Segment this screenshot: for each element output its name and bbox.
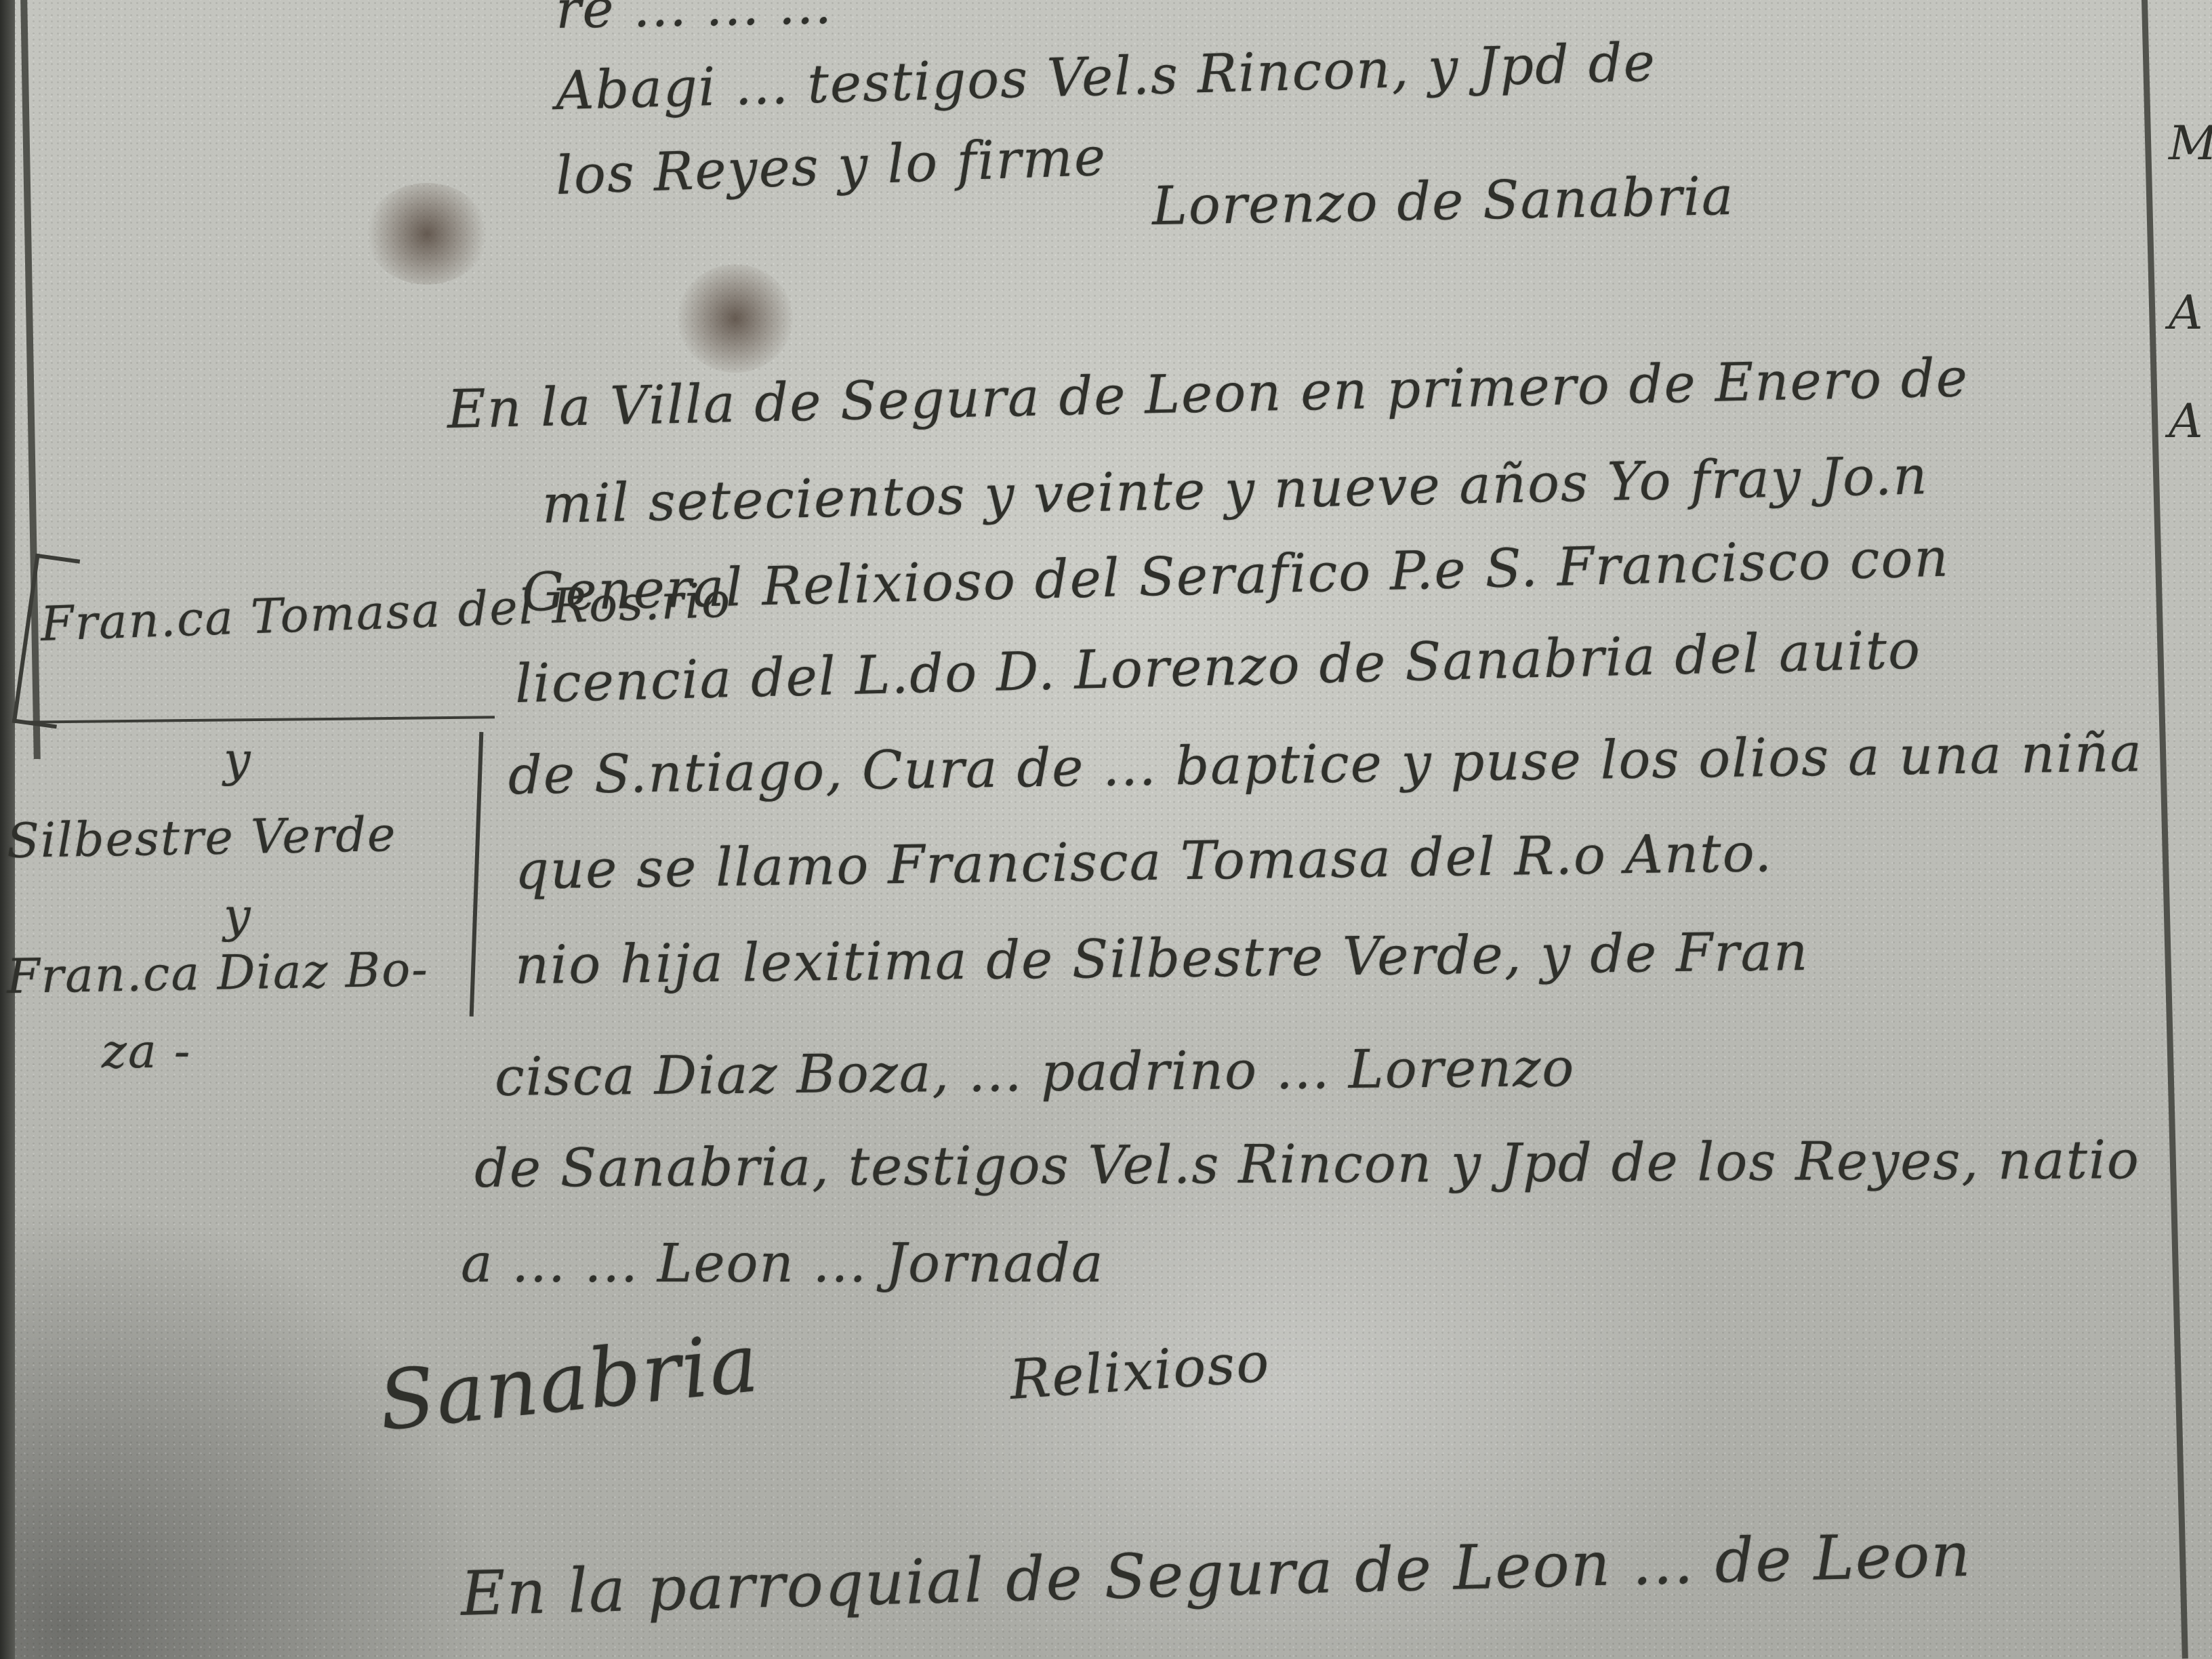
entry-line-10: a ... ... Leon ... Jornada — [461, 1233, 1104, 1294]
margin-father-name: Silbestre Verde — [6, 806, 397, 869]
right-page-fragment: A — [2169, 393, 2203, 449]
top-signature: Lorenzo de Sanabria — [1151, 166, 1735, 237]
top-line-1: re ... ... ... — [555, 0, 833, 41]
margin-and-2: y — [224, 888, 252, 943]
entry-line-8: cisca Diaz Boza, ... padrino ... Lorenzo — [495, 1038, 1576, 1108]
margin-mother-name-cont: za - — [102, 1023, 192, 1079]
margin-mother-name: Fran.ca Diaz Bo- — [6, 941, 429, 1004]
entry-line-9: de Sanabria, testigos Vel.s Rincon y Jpd… — [474, 1130, 2140, 1200]
ink-stain — [366, 183, 488, 285]
margin-and-1: y — [224, 732, 252, 787]
right-page-fragment: A — [2169, 285, 2203, 340]
ink-stain — [678, 264, 793, 373]
right-page-fragment: M — [2169, 115, 2212, 171]
